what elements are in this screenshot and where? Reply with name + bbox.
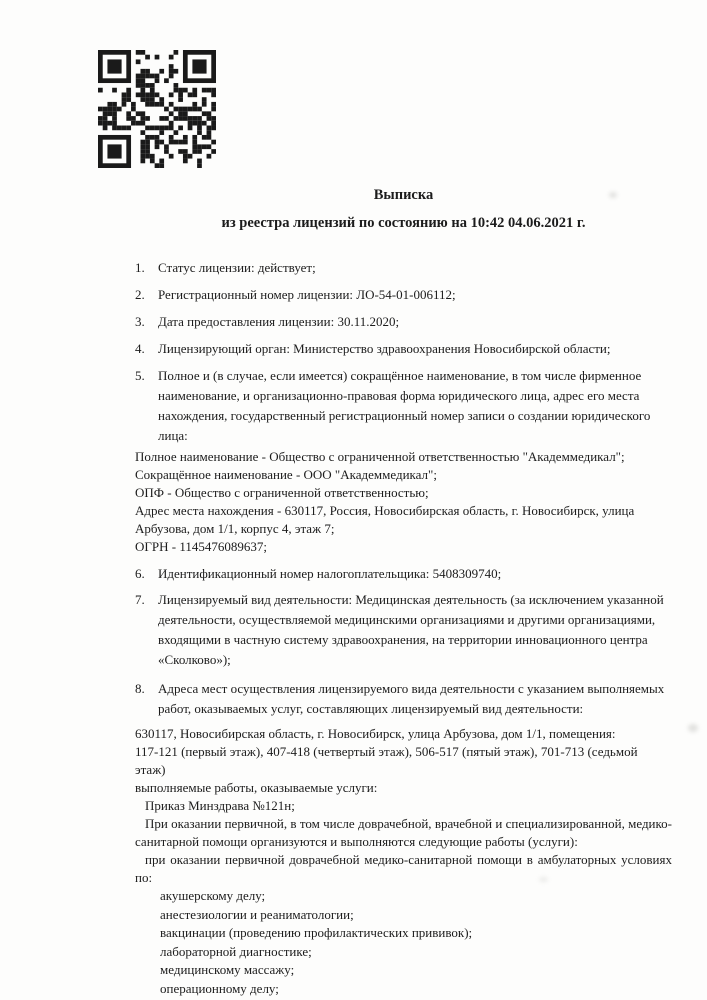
- numbered-item-org-name-heading: 5. Полное и (в случае, если имеется) сок…: [135, 366, 672, 446]
- numbered-item-license-date: 3. Дата предоставления лицензии: 30.11.2…: [135, 312, 672, 332]
- qr-code-icon: [98, 50, 216, 168]
- service-list-item: медицинскому массажу;: [160, 961, 672, 980]
- service-list-item: анестезиологии и реаниматологии;: [160, 906, 672, 925]
- doc-title: Выписка: [135, 186, 672, 204]
- service-list-item: лабораторной диагностике;: [160, 943, 672, 962]
- numbered-item-addresses-heading: 8. Адреса мест осуществления лицензируем…: [135, 679, 672, 719]
- document-body: Выписка из реестра лицензий по состоянию…: [135, 186, 672, 998]
- numbered-item-inn: 6. Идентификационный номер налогоплатель…: [135, 564, 672, 584]
- item-text: Статус лицензии: действует;: [158, 258, 316, 278]
- doc-subtitle: из реестра лицензий по состоянию на 10:4…: [135, 214, 672, 232]
- service-list-item: операционному делу;: [160, 980, 672, 999]
- org-detail-line: Адрес места нахождения - 630117, Россия,…: [135, 502, 640, 538]
- numbered-item-status: 1. Статус лицензии: действует;: [135, 258, 672, 278]
- item-number: 6.: [135, 564, 158, 584]
- service-list-item: вакцинации (проведению профилактических …: [160, 924, 672, 943]
- org-detail-line: Сокращённое наименование - ООО "Академме…: [135, 466, 640, 484]
- org-detail-line: ОПФ - Общество с ограниченной ответствен…: [135, 484, 640, 502]
- item-text: Лицензируемый вид деятельности: Медицинс…: [158, 590, 670, 670]
- org-detail-line: ОГРН - 1145476089637;: [135, 538, 640, 556]
- scan-artifact: [688, 724, 698, 732]
- item-number: 5.: [135, 366, 158, 446]
- numbered-item-reg-number: 2. Регистрационный номер лицензии: ЛО-54…: [135, 285, 672, 305]
- item-text: Дата предоставления лицензии: 30.11.2020…: [158, 312, 399, 332]
- primary-care-paragraph: При оказании первичной, в том числе довр…: [135, 815, 672, 851]
- numbered-item-activity-type: 7. Лицензируемый вид деятельности: Медиц…: [135, 590, 672, 670]
- item-number: 1.: [135, 258, 158, 278]
- item-number: 8.: [135, 679, 158, 719]
- item-number: 3.: [135, 312, 158, 332]
- item-text: Полное и (в случае, если имеется) сокращ…: [158, 366, 670, 446]
- item-text: Адреса мест осуществления лицензируемого…: [158, 679, 670, 719]
- services-intro: выполняемые работы, оказываемые услуги:: [135, 779, 672, 797]
- item-number: 7.: [135, 590, 158, 670]
- org-detail-line: Полное наименование - Общество с огранич…: [135, 448, 640, 466]
- item-text: Регистрационный номер лицензии: ЛО-54-01…: [158, 285, 456, 305]
- practice-address: 630117, Новосибирская область, г. Новоси…: [135, 725, 640, 779]
- item-number: 4.: [135, 339, 158, 359]
- item-number: 2.: [135, 285, 158, 305]
- item-text: Идентификационный номер налогоплательщик…: [158, 564, 501, 584]
- numbered-item-authority: 4. Лицензирующий орган: Министерство здр…: [135, 339, 672, 359]
- service-list-item: акушерскому делу;: [160, 887, 672, 906]
- service-list: акушерскому делу; анестезиологии и реани…: [135, 887, 672, 998]
- organization-details: Полное наименование - Общество с огранич…: [135, 448, 640, 556]
- ambulatory-paragraph: при оказании первичной доврачебной медик…: [135, 851, 672, 887]
- item-text: Лицензирующий орган: Министерство здраво…: [158, 339, 611, 359]
- ministry-order: Приказ Минздрава №121н;: [135, 797, 672, 815]
